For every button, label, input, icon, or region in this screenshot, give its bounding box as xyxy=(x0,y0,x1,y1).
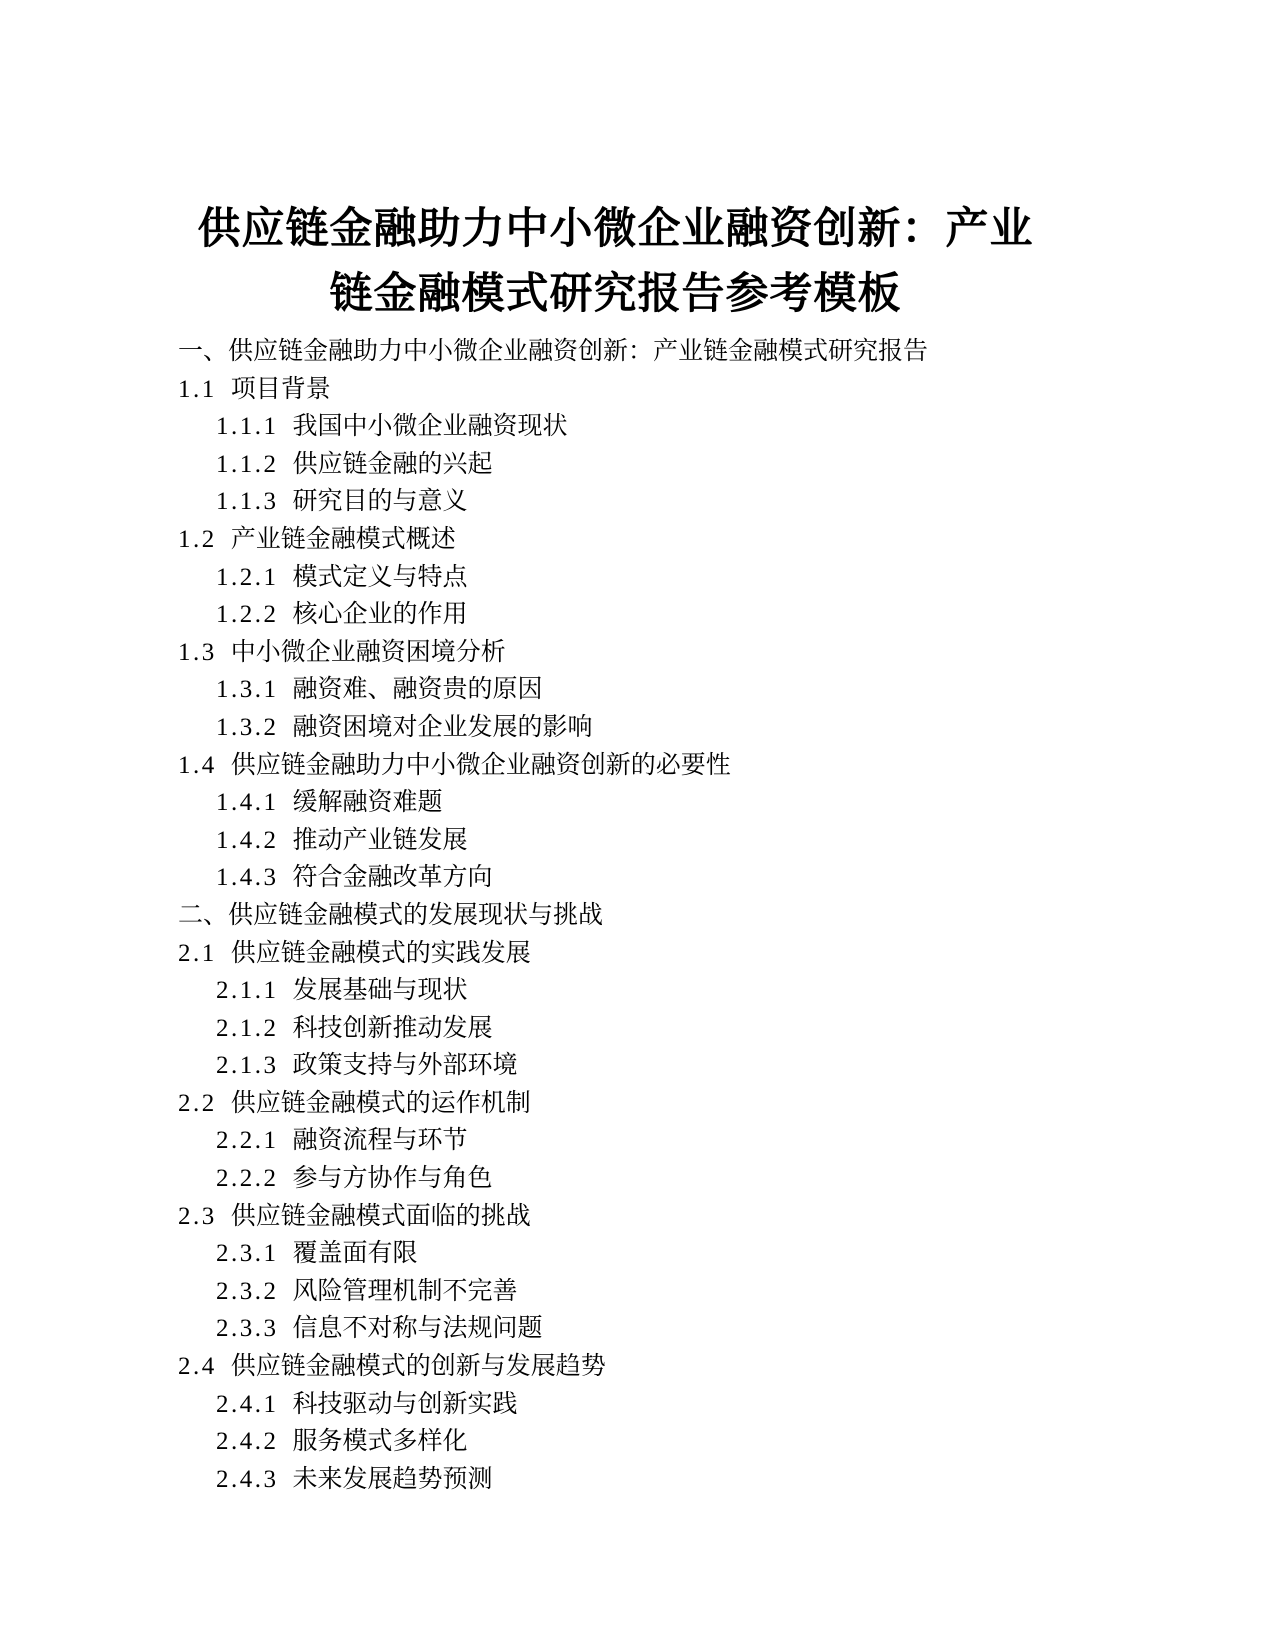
toc-item: 2.3供应链金融模式面临的挑战 xyxy=(178,1198,1275,1236)
toc-item-number: 1.2.1 xyxy=(216,564,279,591)
toc-item: 2.1.2科技创新推动发展 xyxy=(178,1010,1275,1048)
toc-item: 1.2产业链金融模式概述 xyxy=(178,521,1275,559)
toc-item-number: 2.3.2 xyxy=(216,1278,279,1305)
toc-item-label: 推动产业链发展 xyxy=(293,827,468,854)
toc-item: 1.3中小微企业融资困境分析 xyxy=(178,634,1275,672)
toc-item: 1.3.1融资难、融资贵的原因 xyxy=(178,671,1275,709)
toc-item-label: 融资困境对企业发展的影响 xyxy=(293,714,593,741)
toc-item-number: 1.1.2 xyxy=(216,451,279,478)
toc-item-label: 参与方协作与角色 xyxy=(293,1165,493,1192)
toc-item-label: 融资流程与环节 xyxy=(293,1127,468,1154)
toc-item-number: 一、 xyxy=(178,338,228,365)
toc-item: 1.4.2推动产业链发展 xyxy=(178,822,1275,860)
toc-item-label: 项目背景 xyxy=(231,376,331,403)
toc-item-number: 2.4.1 xyxy=(216,1391,279,1418)
toc-item-label: 融资难、融资贵的原因 xyxy=(293,676,543,703)
toc-item-label: 中小微企业融资困境分析 xyxy=(231,639,506,666)
toc-item-label: 缓解融资难题 xyxy=(293,789,443,816)
toc-item-label: 产业链金融模式概述 xyxy=(231,526,456,553)
toc-item: 2.2.2参与方协作与角色 xyxy=(178,1160,1275,1198)
toc-item-label: 我国中小微企业融资现状 xyxy=(293,413,568,440)
toc-item-label: 供应链金融模式的实践发展 xyxy=(231,940,531,967)
document-title-line-1: 供应链金融助力中小微企业融资创新：产业 xyxy=(0,197,1231,262)
toc-item-number: 2.3.1 xyxy=(216,1240,279,1267)
toc-item-label: 供应链金融助力中小微企业融资创新：产业链金融模式研究报告 xyxy=(228,338,928,365)
toc-item: 2.4供应链金融模式的创新与发展趋势 xyxy=(178,1348,1275,1386)
toc-item: 一、供应链金融助力中小微企业融资创新：产业链金融模式研究报告 xyxy=(178,333,1275,371)
toc-item-label: 供应链金融模式的发展现状与挑战 xyxy=(228,902,603,929)
toc-item-number: 2.1 xyxy=(178,940,217,967)
toc-item-label: 供应链金融模式的运作机制 xyxy=(231,1090,531,1117)
toc-item-number: 1.2.2 xyxy=(216,601,279,628)
toc-item-number: 1.3.2 xyxy=(216,714,279,741)
toc-item: 1.1项目背景 xyxy=(178,371,1275,409)
toc-item: 二、供应链金融模式的发展现状与挑战 xyxy=(178,897,1275,935)
toc-item: 1.1.3研究目的与意义 xyxy=(178,483,1275,521)
toc-item-number: 2.1.2 xyxy=(216,1015,279,1042)
toc-item: 2.1.1发展基础与现状 xyxy=(178,972,1275,1010)
toc-item-number: 1.1.1 xyxy=(216,413,279,440)
toc-item-number: 1.3.1 xyxy=(216,676,279,703)
toc-item-number: 1.2 xyxy=(178,526,217,553)
toc-item-number: 2.1.1 xyxy=(216,977,279,1004)
toc-item: 2.4.3未来发展趋势预测 xyxy=(178,1461,1275,1499)
toc-item-label: 发展基础与现状 xyxy=(293,977,468,1004)
document-page: 供应链金融助力中小微企业融资创新：产业 链金融模式研究报告参考模板 一、供应链金… xyxy=(0,0,1275,1650)
toc-item-label: 模式定义与特点 xyxy=(293,564,468,591)
toc-item: 1.4供应链金融助力中小微企业融资创新的必要性 xyxy=(178,747,1275,785)
toc-item-number: 2.2 xyxy=(178,1090,217,1117)
toc-item: 2.4.2服务模式多样化 xyxy=(178,1423,1275,1461)
toc-item-number: 1.4 xyxy=(178,752,217,779)
toc-item: 2.1供应链金融模式的实践发展 xyxy=(178,935,1275,973)
toc-item-label: 核心企业的作用 xyxy=(293,601,468,628)
toc-item-number: 2.4.3 xyxy=(216,1466,279,1493)
toc-item-number: 1.3 xyxy=(178,639,217,666)
toc-item-label: 供应链金融模式的创新与发展趋势 xyxy=(231,1353,606,1380)
toc-item-label: 风险管理机制不完善 xyxy=(293,1278,518,1305)
toc-item-number: 1.4.3 xyxy=(216,864,279,891)
toc-item-number: 1.1.3 xyxy=(216,488,279,515)
toc-item-number: 2.3.3 xyxy=(216,1315,279,1342)
toc-item-label: 服务模式多样化 xyxy=(293,1428,468,1455)
toc-item-number: 2.4.2 xyxy=(216,1428,279,1455)
toc-item-number: 1.4.1 xyxy=(216,789,279,816)
toc-item-number: 2.2.1 xyxy=(216,1127,279,1154)
toc-item: 1.3.2融资困境对企业发展的影响 xyxy=(178,709,1275,747)
toc-item-number: 2.3 xyxy=(178,1203,217,1230)
toc-item-label: 覆盖面有限 xyxy=(293,1240,418,1267)
toc-item: 1.1.2供应链金融的兴起 xyxy=(178,446,1275,484)
toc-item: 1.4.1缓解融资难题 xyxy=(178,784,1275,822)
toc-item: 1.1.1我国中小微企业融资现状 xyxy=(178,408,1275,446)
toc-item: 2.1.3政策支持与外部环境 xyxy=(178,1047,1275,1085)
toc-item: 2.3.3信息不对称与法规问题 xyxy=(178,1310,1275,1348)
toc-item: 2.2.1融资流程与环节 xyxy=(178,1122,1275,1160)
toc-item-number: 1.1 xyxy=(178,376,217,403)
toc-item: 2.3.1覆盖面有限 xyxy=(178,1235,1275,1273)
toc-item: 1.4.3符合金融改革方向 xyxy=(178,859,1275,897)
toc-item-label: 未来发展趋势预测 xyxy=(293,1466,493,1493)
toc-item-number: 2.4 xyxy=(178,1353,217,1380)
toc-item-label: 政策支持与外部环境 xyxy=(293,1052,518,1079)
toc-item-number: 二、 xyxy=(178,902,228,929)
toc-item-label: 研究目的与意义 xyxy=(293,488,468,515)
toc-item: 2.4.1科技驱动与创新实践 xyxy=(178,1386,1275,1424)
toc-item-label: 信息不对称与法规问题 xyxy=(293,1315,543,1342)
document-title: 供应链金融助力中小微企业融资创新：产业 链金融模式研究报告参考模板 xyxy=(0,0,1275,327)
table-of-contents: 一、供应链金融助力中小微企业融资创新：产业链金融模式研究报告1.1项目背景1.1… xyxy=(0,333,1275,1498)
toc-item: 2.3.2风险管理机制不完善 xyxy=(178,1273,1275,1311)
document-title-line-2: 链金融模式研究报告参考模板 xyxy=(0,262,1231,327)
toc-item-label: 供应链金融的兴起 xyxy=(293,451,493,478)
toc-item-label: 供应链金融模式面临的挑战 xyxy=(231,1203,531,1230)
toc-item: 1.2.1模式定义与特点 xyxy=(178,559,1275,597)
toc-item: 2.2供应链金融模式的运作机制 xyxy=(178,1085,1275,1123)
toc-item-label: 供应链金融助力中小微企业融资创新的必要性 xyxy=(231,752,731,779)
toc-item-number: 2.1.3 xyxy=(216,1052,279,1079)
toc-item-number: 1.4.2 xyxy=(216,827,279,854)
toc-item-number: 2.2.2 xyxy=(216,1165,279,1192)
toc-item-label: 科技驱动与创新实践 xyxy=(293,1391,518,1418)
toc-item: 1.2.2核心企业的作用 xyxy=(178,596,1275,634)
toc-item-label: 科技创新推动发展 xyxy=(293,1015,493,1042)
toc-item-label: 符合金融改革方向 xyxy=(293,864,493,891)
